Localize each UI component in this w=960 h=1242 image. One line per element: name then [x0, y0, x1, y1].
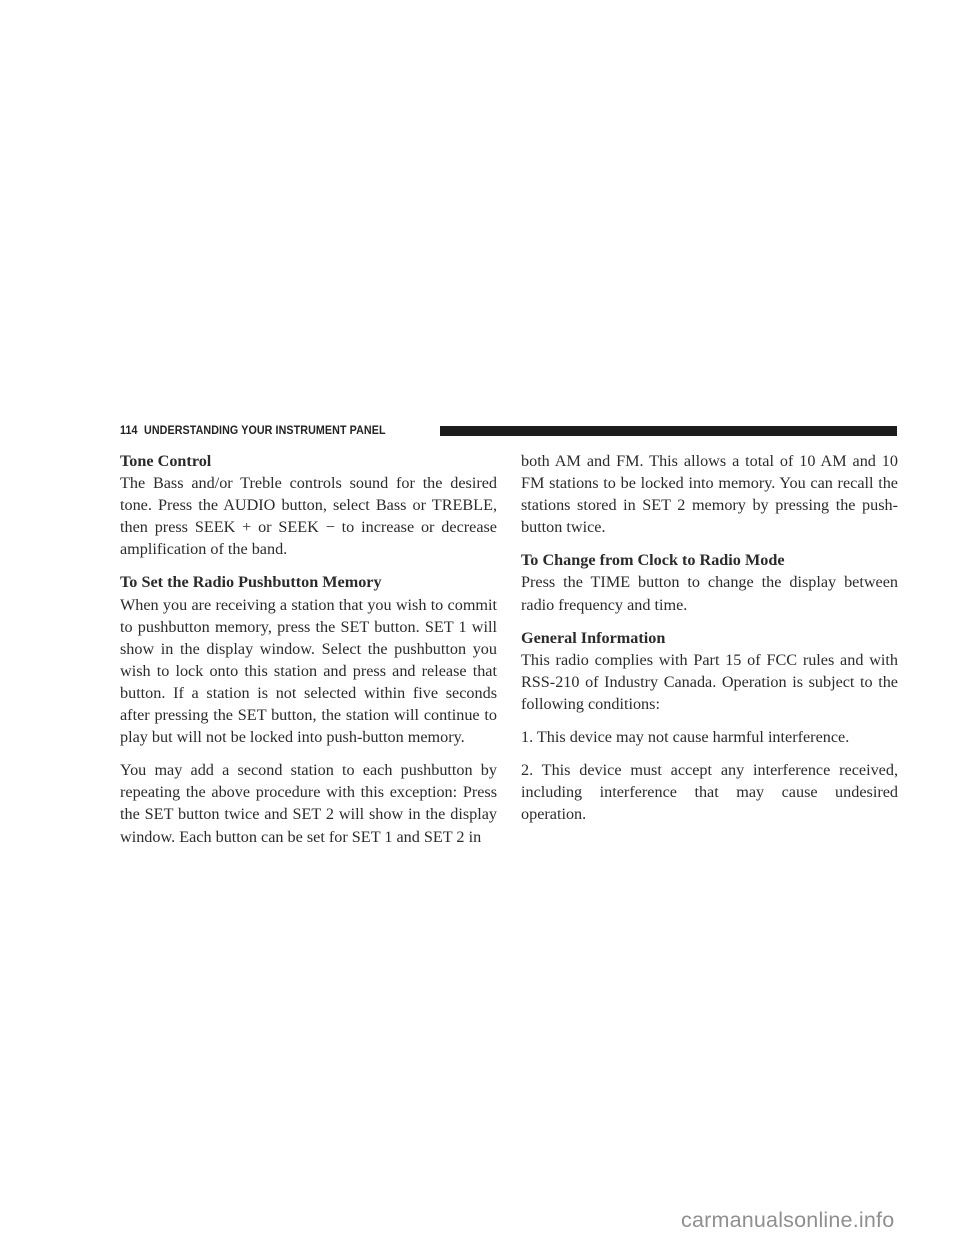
section-title: UNDERSTANDING YOUR INSTRUMENT PANEL	[144, 425, 386, 437]
general-information-heading: General Information	[521, 627, 898, 649]
clock-to-radio-body: Press the TIME button to change the disp…	[521, 571, 898, 615]
header-label: 114UNDERSTANDING YOUR INSTRUMENT PANEL	[120, 425, 386, 437]
left-column: Tone Control The Bass and/or Treble cont…	[120, 450, 497, 848]
general-information-body: This radio complies with Part 15 of FCC …	[521, 649, 898, 715]
tone-control-heading: Tone Control	[120, 450, 497, 472]
watermark: carmanualsonline.info	[681, 1208, 894, 1233]
pushbutton-memory-body: When you are receiving a station that yo…	[120, 594, 497, 749]
condition-item: 2. This device must accept any interfere…	[521, 759, 898, 825]
continuation-text: both AM and FM. This allows a total of 1…	[521, 450, 898, 538]
condition-item: 1. This device may not cause harmful int…	[521, 726, 898, 748]
clock-to-radio-heading: To Change from Clock to Radio Mode	[521, 549, 898, 571]
tone-control-body: The Bass and/or Treble controls sound fo…	[120, 472, 497, 560]
page-header: 114UNDERSTANDING YOUR INSTRUMENT PANEL	[120, 424, 898, 438]
header-rule	[440, 426, 897, 436]
pushbutton-memory-heading: To Set the Radio Pushbutton Memory	[120, 571, 497, 593]
pushbutton-memory-body-2: You may add a second station to each pus…	[120, 759, 497, 847]
right-column: both AM and FM. This allows a total of 1…	[521, 450, 898, 836]
page-number: 114	[120, 425, 138, 437]
